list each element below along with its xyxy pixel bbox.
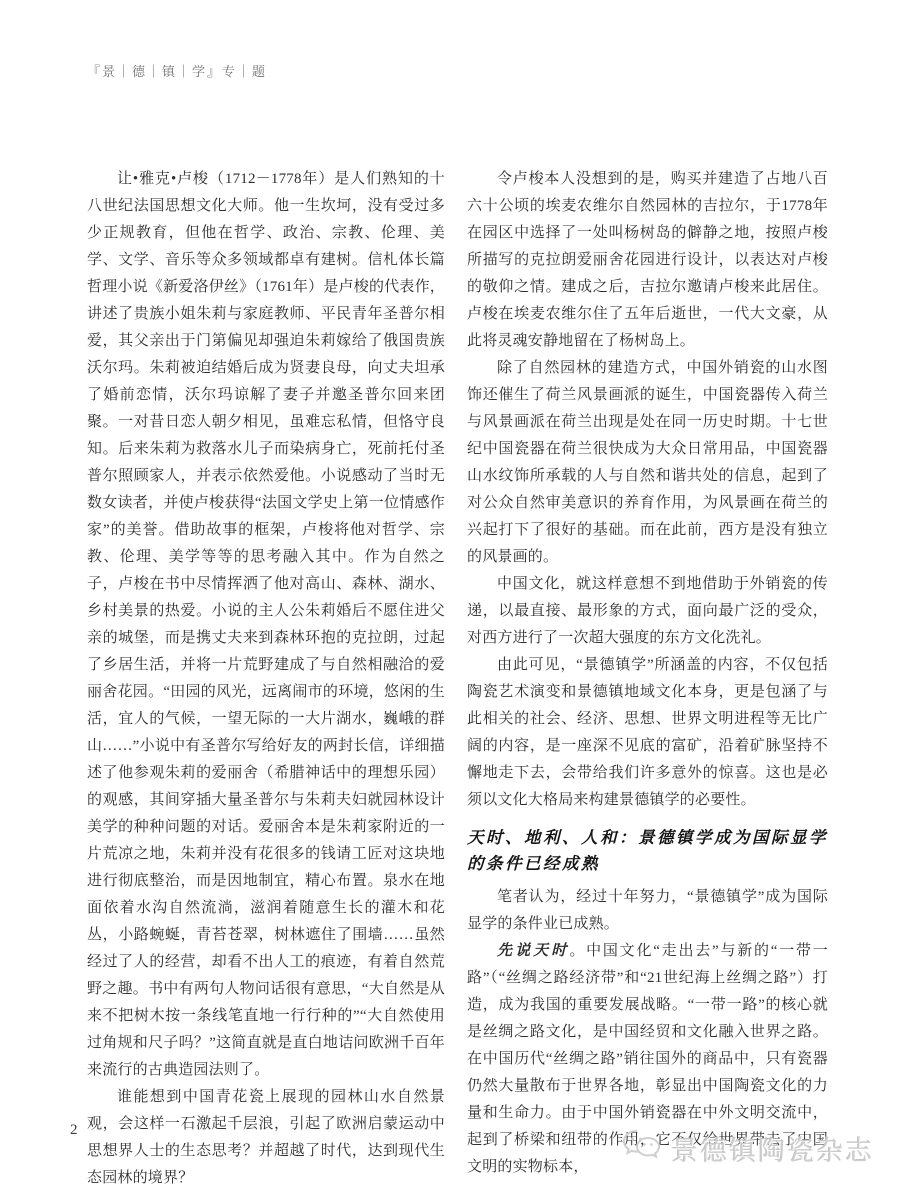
paragraph: 笔者认为，经过十年努力，“景德镇学”成为国际显学的条件业已成熟。: [467, 884, 828, 938]
paragraph: 让•雅克•卢梭（1712－1778年）是人们熟知的十八世纪法国思想文化大师。他一…: [87, 166, 445, 1084]
page-header-topic-label: 『景｜德｜镇｜学』专｜题: [87, 61, 267, 80]
left-column: 让•雅克•卢梭（1712－1778年）是人们熟知的十八世纪法国思想文化大师。他一…: [87, 166, 445, 1188]
page-number: 2: [70, 1122, 78, 1139]
watermark-text: 景德镇陶瓷杂志: [671, 1129, 874, 1168]
magazine-page: 『景｜德｜镇｜学』专｜题 让•雅克•卢梭（1712－1778年）是人们熟知的十八…: [0, 0, 900, 1188]
lead-term: 先说天时: [497, 943, 569, 959]
paragraph: 令卢梭本人没想到的是，购买并建造了占地八百六十公顷的埃麦农维尔自然园林的吉拉尔，…: [467, 166, 828, 355]
section-heading: 天时、地利、人和：景德镇学成为国际显学的条件已经成熟: [467, 825, 828, 877]
paragraph: 谁能想到中国青花瓷上展现的园林山水自然景观，会这样一石激起千层浪，引起了欧洲启蒙…: [87, 1084, 445, 1188]
paragraph: 除了自然园林的建造方式，中国外销瓷的山水图饰还催生了荷兰风景画派的诞生，中国瓷器…: [467, 355, 828, 571]
journal-watermark: 景德镇陶瓷杂志: [621, 1128, 874, 1169]
paragraph: 中国文化，就这样意想不到地借助于外销瓷的传递，以最直接、最形象的方式，面向最广泛…: [467, 571, 828, 652]
right-column: 令卢梭本人没想到的是，购买并建造了占地八百六十公顷的埃麦农维尔自然园林的吉拉尔，…: [467, 166, 828, 1181]
wechat-icon: [621, 1128, 663, 1169]
paragraph: 由此可见，“景德镇学”所涵盖的内容，不仅包括陶瓷艺术演变和景德镇地域文化本身，更…: [467, 652, 828, 814]
